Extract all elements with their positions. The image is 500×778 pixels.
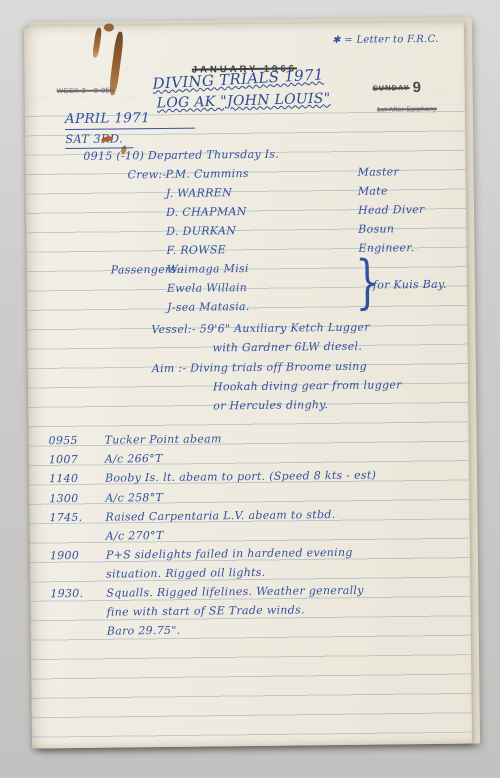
log-text: A/c 258°T — [105, 491, 163, 505]
photo-background: ✱ = Letter to F.R.C. JANUARY 1966 WEEK 2… — [0, 0, 500, 778]
crew-label: Crew:- — [128, 168, 167, 181]
passenger-destination: for Kuis Bay. — [373, 278, 447, 292]
aim-line1: Aim :- Diving trials off Broome using — [152, 360, 367, 375]
crew-name: D. DURKAN — [166, 224, 236, 238]
crew-name: F. ROWSE — [166, 243, 226, 257]
log-text: Raised Carpentaria L.V. abeam to stbd. — [105, 508, 335, 524]
log-time: 1930. — [50, 587, 83, 600]
vessel-line2: with Gardner 6LW diesel. — [213, 340, 363, 355]
passenger-name: Ewela Willain — [167, 281, 247, 295]
crew-name: P.M. Cummins — [166, 167, 249, 181]
printed-day-number: 9 — [413, 79, 423, 96]
rust-stain — [104, 23, 114, 31]
crew-name: J. WARREN — [166, 186, 232, 200]
crew-role: Mate — [358, 184, 388, 197]
log-text: situation. Rigged oil lights. — [106, 566, 266, 581]
aim-line3: or Hercules dinghy. — [213, 398, 328, 412]
log-time: 1900 — [50, 549, 79, 562]
printed-weekday-date: SUNDAY9 — [373, 79, 423, 97]
log-time: 1140 — [49, 472, 78, 485]
handwritten-month: APRIL 1971 — [65, 110, 195, 130]
log-time: 0955 — [49, 434, 78, 447]
handwritten-day: SAT 3RD. — [65, 131, 133, 149]
log-text: P+S sidelights failed in hardened evenin… — [106, 546, 353, 562]
crew-role: Master — [358, 165, 400, 178]
log-text: Baro 29.75". — [107, 624, 181, 638]
log-text: A/c 270°T — [106, 529, 164, 543]
passenger-name: Waimaga Misi — [167, 262, 249, 276]
vessel-line1: Vessel:- 59'6" Auxiliary Ketch Lugger — [151, 321, 370, 336]
passenger-name: J-sea Matasia. — [167, 300, 250, 314]
crew-role: Bosun — [358, 222, 394, 235]
crew-role: Head Diver — [358, 203, 425, 217]
ruled-lines — [25, 93, 472, 743]
margin-annotation: ✱ = Letter to F.R.C. — [332, 34, 439, 46]
log-text: Booby Is. lt. abeam to port. (Speed 8 kt… — [105, 469, 376, 485]
printed-week-reference: WEEK 2 · 9-356 — [57, 87, 115, 95]
log-time: 1745. — [49, 511, 82, 524]
rust-stain — [92, 27, 102, 58]
log-text: Squalls. Rigged lifelines. Weather gener… — [106, 584, 364, 600]
aim-line2: Hookah diving gear from lugger — [213, 378, 402, 393]
crew-name: D. CHAPMAN — [166, 205, 247, 219]
diary-page: ✱ = Letter to F.R.C. JANUARY 1966 WEEK 2… — [24, 22, 472, 749]
log-text: A/c 266°T — [105, 452, 163, 466]
printed-feast-day: 1st After Epiphany — [377, 106, 437, 114]
log-text: fine with start of SE Trade winds. — [106, 603, 304, 618]
log-time: 1007 — [49, 453, 78, 466]
rust-stain — [108, 31, 124, 95]
log-time: 1300 — [49, 492, 78, 505]
departure-entry: 0915 (-10) Departed Thursday Is. — [83, 148, 279, 163]
log-text: Tucker Point abeam — [105, 432, 222, 446]
printed-weekday: SUNDAY — [373, 83, 410, 92]
handwritten-title-line2: LOG AK "JOHN LOUIS" — [157, 91, 331, 112]
